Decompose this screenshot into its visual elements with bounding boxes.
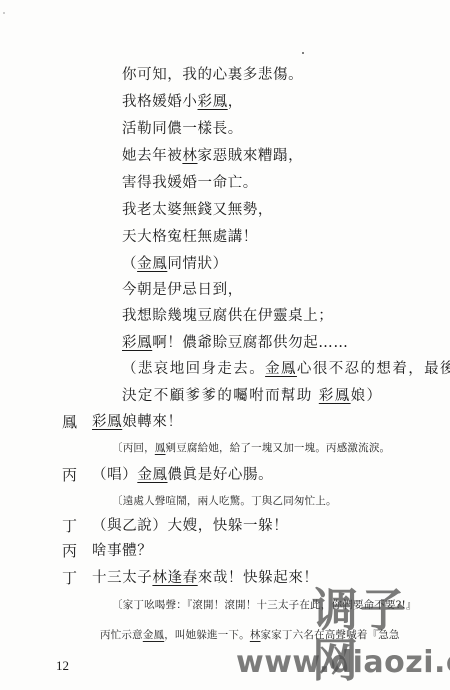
text: ，叫她躲進一下。: [164, 629, 250, 641]
stage-direction: 〔丙回，鳳剜豆腐給她，給了一塊又加一塊。丙感激流淚。: [112, 439, 390, 457]
text: 啊！儂爺賒豆腐都供勿起……: [152, 335, 348, 351]
text: 我格媛婚小: [122, 94, 198, 110]
text: 娘）: [351, 388, 383, 404]
character-name: 林: [182, 148, 197, 164]
text: 十三太子: [92, 570, 152, 586]
verse-line-9: 今朝是伊忌日到，: [122, 281, 243, 299]
speaker-label: 丁: [62, 517, 77, 535]
character-name: 林逢春: [152, 570, 197, 586]
scan-speck: [302, 52, 304, 54]
character-name: 金鳳: [265, 361, 297, 377]
text: 來哉！快躲起來！: [198, 570, 319, 586]
text: 娘轉來！: [122, 414, 182, 430]
character-name: 彩鳳: [122, 335, 152, 351]
watermark-url: www.diaozi.com: [236, 646, 450, 680]
stage-direction-3: 決定不顧爹爹的囑咐而幫助 彩鳳娘）: [122, 387, 382, 405]
speaker-label: 鳳: [62, 413, 77, 431]
page-number: 12: [56, 658, 69, 674]
text: 她去年被: [122, 148, 182, 164]
speaker-label: 丙: [62, 542, 77, 560]
verse-line-1: 你可知，我的心裏多悲傷。: [122, 66, 303, 84]
verse-line-2: 我格媛婚小彩鳳，: [122, 93, 243, 111]
character-name: 鳳: [155, 442, 166, 454]
text: ，: [228, 94, 243, 110]
verse-line-6: 我老太婆無錢又無勢，: [122, 201, 273, 219]
text: 同情狀）: [167, 256, 227, 272]
verse-line-4: 她去年被林家惡賊來糟蹋，: [122, 147, 303, 165]
stage-direction: 〔遠處人聲喧鬧，兩人吃驚。丁與乙同匆忙上。: [112, 492, 337, 510]
text: 決定不顧爹爹的囑咐而幫助: [122, 388, 319, 404]
text: 〔丙回，: [112, 442, 155, 454]
verse-line-10: 我想賒幾塊豆腐供在伊靈桌上；: [122, 307, 333, 325]
character-name: 金鳳: [137, 256, 167, 272]
verse-line-7: 天大格寃枉無處講！: [122, 228, 258, 246]
text: （唱）: [92, 467, 137, 483]
dialogue-line: 彩鳳娘轉來！: [92, 413, 183, 431]
verse-line-11: 彩鳳啊！儂爺賒豆腐都供勿起……: [122, 334, 349, 352]
stage-direction-2: （悲哀地回身走去。金鳳心很不忍的想着，最後: [122, 360, 450, 378]
character-name: 彩鳳: [319, 388, 351, 404]
dialogue-line: （唱）金鳳儂眞是好心腸。: [92, 466, 273, 484]
text: 剜豆腐給她，給了一塊又加一塊。丙感激流淚。: [166, 442, 391, 454]
dialogue-line: （與乙說）大嫂，快躲一躲！: [92, 517, 288, 535]
character-name: 林: [250, 629, 261, 641]
text: 家惡賊來糟蹋，: [198, 148, 304, 164]
speaker-label: 丁: [62, 569, 77, 587]
character-name: 彩鳳: [92, 414, 122, 430]
character-name: 彩鳳: [198, 94, 228, 110]
text: （: [122, 256, 137, 272]
text: （悲哀地回身走去。: [122, 361, 265, 377]
character-name: 金鳳: [143, 629, 164, 641]
stage-direction-1: （金鳳同情狀）: [122, 255, 228, 273]
speaker-label: 丙: [62, 466, 77, 484]
dialogue-line: 十三太子林逢春來哉！快躲起來！: [92, 569, 319, 587]
text: 心很不忍的想着，最後: [297, 361, 450, 377]
verse-line-5: 害得我媛婚一命亡。: [122, 174, 258, 192]
text: 儂眞是好心腸。: [168, 467, 274, 483]
text: 丙忙示意: [100, 629, 143, 641]
dialogue-line: 啥事體？: [92, 542, 152, 560]
character-name: 金鳳: [137, 467, 167, 483]
verse-line-3: 活勒同儂一樣長。: [122, 120, 243, 138]
scan-speck: [3, 12, 5, 14]
